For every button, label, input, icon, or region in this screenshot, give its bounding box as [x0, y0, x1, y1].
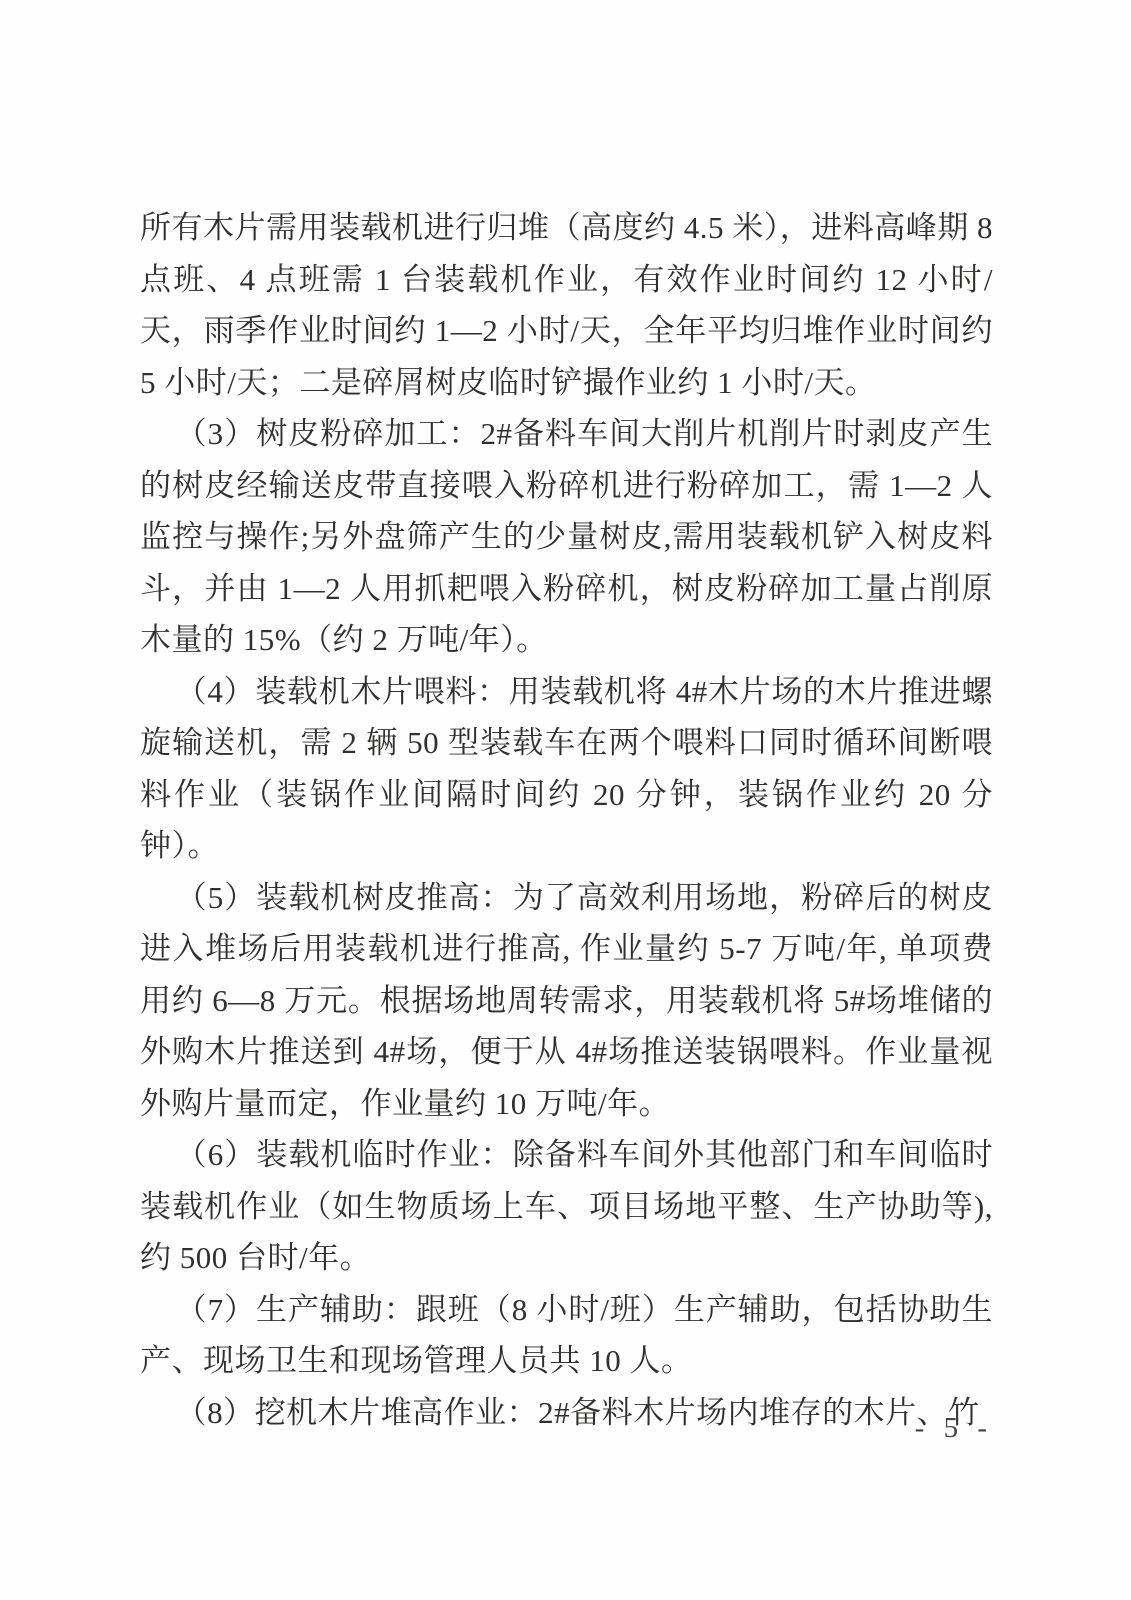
paragraph-item-5: （5）装载机树皮推高：为了高效利用场地，粉碎后的树皮进入堆场后用装载机进行推高,…	[140, 872, 993, 1130]
paragraph-continuation: 所有木片需用装载机进行归堆（高度约 4.5 米），进料高峰期 8 点班、4 点班…	[140, 202, 993, 408]
page-number: - 5 -	[140, 1408, 993, 1448]
paragraph-item-4: （4）装载机木片喂料：用装载机将 4#木片场的木片推进螺旋输送机，需 2 辆 5…	[140, 666, 993, 872]
paragraph-item-7: （7）生产辅助：跟班（8 小时/班）生产辅助，包括协助生产、现场卫生和现场管理人…	[140, 1284, 993, 1387]
paragraph-item-6: （6）装载机临时作业：除备料车间外其他部门和车间临时装载机作业（如生物质场上车、…	[140, 1129, 993, 1284]
paragraph-item-3: （3）树皮粉碎加工：2#备料车间大削片机削片时剥皮产生的树皮经输送皮带直接喂入粉…	[140, 408, 993, 666]
document-body-text: 所有木片需用装载机进行归堆（高度约 4.5 米），进料高峰期 8 点班、4 点班…	[140, 202, 993, 1438]
document-page: 所有木片需用装载机进行归堆（高度约 4.5 米），进料高峰期 8 点班、4 点班…	[0, 0, 1131, 1600]
